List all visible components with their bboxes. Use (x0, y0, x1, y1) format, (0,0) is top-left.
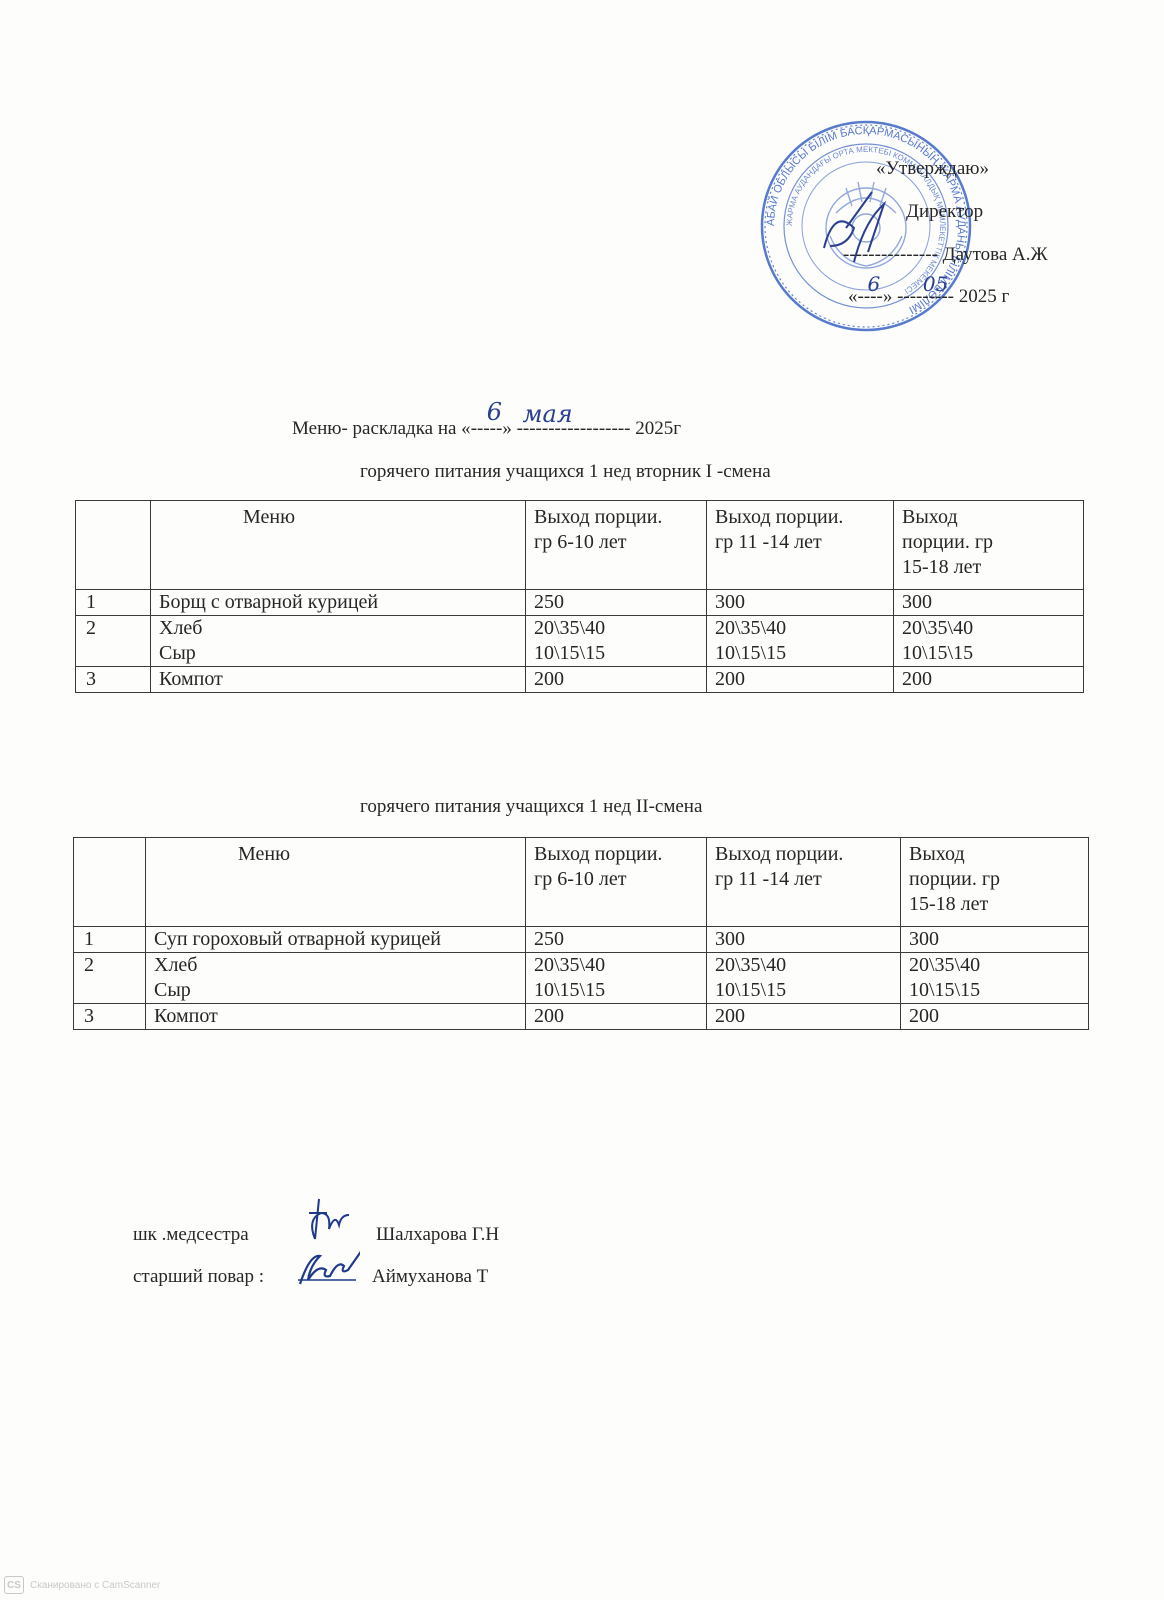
table-row: 2 ХлебСыр 20\35\4010\15\15 20\35\4010\15… (76, 616, 1084, 667)
approver-name: Даутова А.Ж (943, 244, 1048, 265)
table-header-row: Меню Выход порции.гр 6-10 лет Выход порц… (76, 501, 1084, 590)
table-row: 1 Суп гороховый отварной курицей 250 300… (74, 927, 1089, 953)
nurse-role: шк .медсестра (133, 1224, 249, 1246)
table-1-caption: горячего питания учащихся 1 нед вторник … (360, 461, 771, 483)
approve-label: «Утверждаю» (876, 158, 989, 180)
title-month-handwritten: мая (523, 400, 573, 428)
approval-day-handwritten: 6 (868, 272, 881, 296)
dish-name: Борщ с отварной курицей (151, 590, 526, 616)
title-year: 2025г (635, 418, 681, 439)
approval-date: «----6» ---------05 2025 г (848, 286, 1009, 308)
table-header-row: Меню Выход порции.гр 6-10 лет Выход порц… (74, 838, 1089, 927)
table-row: 1 Борщ с отварной курицей 250 300 300 (76, 590, 1084, 616)
approval-month-handwritten: 05 (923, 272, 948, 296)
table-2-caption: горячего питания учащихся 1 нед II-смена (360, 796, 702, 818)
menu-table-shift-2: Меню Выход порции.гр 6-10 лет Выход порц… (73, 837, 1089, 1030)
header-num (76, 501, 151, 590)
title-day-handwritten: 6 (487, 398, 502, 426)
scanner-text: Сканировано с CamScanner (30, 1580, 160, 1591)
header-11-14: Выход порции.гр 11 -14 лет (707, 838, 901, 927)
approver-position: Директор (906, 201, 983, 223)
nurse-signature-icon (305, 1195, 357, 1253)
header-11-14: Выход порции.гр 11 -14 лет (707, 501, 894, 590)
header-6-10: Выход порции.гр 6-10 лет (526, 501, 707, 590)
dish-name: ХлебСыр (151, 616, 526, 667)
dish-name: Компот (151, 667, 526, 693)
cook-name: Аймуханова Т (372, 1266, 488, 1288)
dish-name: ХлебСыр (146, 953, 526, 1004)
header-num (74, 838, 146, 927)
table-row: 2 ХлебСыр 20\35\4010\15\15 20\35\4010\15… (74, 953, 1089, 1004)
table-row: 3 Компот 200 200 200 (74, 1004, 1089, 1030)
approver-name-line: --------------- Даутова А.Ж (843, 244, 1048, 266)
table-row: 3 Компот 200 200 200 (76, 667, 1084, 693)
header-6-10: Выход порции.гр 6-10 лет (526, 838, 707, 927)
approval-year: 2025 г (959, 286, 1010, 307)
nurse-name: Шалхарова Г.Н (376, 1224, 499, 1246)
dish-name: Суп гороховый отварной курицей (146, 927, 526, 953)
header-15-18: Выходпорции. гр15-18 лет (894, 501, 1084, 590)
camscanner-logo-icon: CS (4, 1576, 24, 1594)
signature-line: --------------- (843, 244, 938, 265)
page-title: Меню- раскладка на «-----6» ------------… (292, 418, 681, 440)
header-15-18: Выходпорции. гр15-18 лет (901, 838, 1089, 927)
menu-table-shift-1: Меню Выход порции.гр 6-10 лет Выход порц… (75, 500, 1084, 693)
cook-role: старший повар : (133, 1266, 264, 1288)
cook-signature-icon (296, 1250, 360, 1290)
scanner-watermark: CS Сканировано с CamScanner (4, 1576, 160, 1594)
dish-name: Компот (146, 1004, 526, 1030)
header-menu: Меню (146, 838, 526, 927)
header-menu: Меню (151, 501, 526, 590)
